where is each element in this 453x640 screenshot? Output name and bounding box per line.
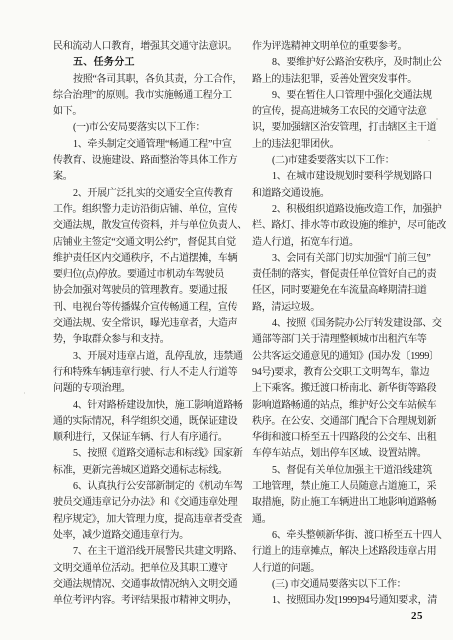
text-line: 8、要维护好公路治安秩序，及时制止公 [252,55,440,71]
text-line: 交通法规情况、交通事故情况纳入文明交通 [53,577,241,593]
text-line: (二)市建委要落实以下工作： [252,153,440,169]
text-line: 刊、电视台等传播媒介宣传畅通工程，宣传 [53,300,241,316]
page-number: 25 [411,610,423,622]
scan-speck [428,140,430,141]
text-line: 秩序。在公安、交通部门配合下合理规划新 [252,414,440,430]
scan-speck [436,118,438,120]
text-line: 5、按照《道路交通标志和标线》国家新 [53,446,241,462]
text-line: 处率，减少道路交通违章行为。 [53,528,241,544]
text-line: 路，清运垃圾。 [252,300,440,316]
text-line: 1、按照国办发[1999]94号通知要求，清 [252,593,440,609]
text-line: 标准，更新完善城区道路交通标志标线。 [53,463,241,479]
text-line: 上下乘客。搬迁渡口桥南北、新华街等路段 [252,381,440,397]
text-line: 通。 [252,512,440,528]
text-line: 任区，同时要避免在车流量高峰期清扫道 [252,283,440,299]
text-line: 6、认真执行公安部新制定的《机动车驾 [53,479,241,495]
text-line: 取措施，防止施工车辆进出工地影响道路畅 [252,495,440,511]
text-line: 案。 [53,169,241,185]
text-line: 影响道路畅通的站点，维护好公交车站候车 [252,398,440,414]
text-line: (一)市公安局要落实以下工作： [53,120,241,136]
text-line: 工地管理，禁止施工人员随意占道施工，采 [252,479,440,495]
text-line: 和道路交通设施。 [252,186,440,202]
text-line: 交通法规，散发宣传资料，并与单位负责人、 [53,218,241,234]
text-line: 要归位(点)停放。要通过市机动车驾驶员 [53,267,241,283]
scan-speck [24,392,25,394]
text-line: 2、开展广泛扎实的交通安全宣传教育 [53,186,241,202]
text-line: 责任制的落实，督促责任单位管好自己的责 [252,267,440,283]
text-line: 顺利进行，又保证车辆、行人有序通行。 [53,430,241,446]
text-line: 9、要在暂住人口管理中强化交通法规 [252,88,440,104]
text-line: 作为评选精神文明单位的重要参考。 [252,39,440,55]
right-column: 作为评选精神文明单位的重要参考。8、要维护好公路治安秩序，及时制止公路上的违法犯… [252,39,440,609]
text-line: 单位考评内容。考评结果报市精神文明办， [53,593,241,609]
text-columns: 民和流动人口教育，增强其交通守法意识。五、任务分工按照“各司其职，各负其责，分工… [53,39,440,609]
text-line: 车停车站点，划出停车区域、设置站牌。 [252,446,440,462]
left-column: 民和流动人口教育，增强其交通守法意识。五、任务分工按照“各司其职，各负其责，分工… [53,39,241,609]
text-line: 3、开展对违章占道，乱停乱放，违禁通 [53,349,241,365]
text-line: 驶员交通违章记分办法》和《交通违章处理 [53,495,241,511]
text-line: 路上的违法犯罪，妥善处置突发事件。 [252,72,440,88]
text-line: 1、牵头制定交通管理“畅通工程”中宣 [53,137,241,153]
text-line: 工作。组织警力走访沿街店铺、单位，宣传 [53,202,241,218]
text-line: 识，要加强辖区治安管理，打击辖区主干道 [252,120,440,136]
text-line: 问题的专项治理。 [53,381,241,397]
text-line: 栏、路灯、排水等市政设施的维护，尽可能改 [252,218,440,234]
text-line: 传教育、设施建设、路面整治等具体工作方 [53,153,241,169]
text-line: 4、针对路桥建设加快，施工影响道路畅 [53,398,241,414]
scanned-document-page: 民和流动人口教育，增强其交通守法意识。五、任务分工按照“各司其职，各负其责，分工… [0,0,453,640]
text-line: 程序规定》，加大管理力度，提高违章者受查 [53,512,241,528]
text-line: 3、会同有关部门切实加强“门前三包” [252,251,440,267]
text-line: 协会加强对驾驶员的管理教育。要通过报 [53,283,241,299]
text-line: 的宣传，提高进城务工农民的交通守法意 [252,104,440,120]
text-line: 交通法规、安全常识，曝光违章者，大造声 [53,316,241,332]
text-line: 1、在城市建设规划时要科学规划路口 [252,169,440,185]
text-line: 华街和渡口桥至五十四路段的公交车、出租 [252,430,440,446]
text-line: 人行道的问题。 [252,561,440,577]
text-line: 文明交通单位活动。把单位及其职工遵守 [53,561,241,577]
text-line: 势，争取群众参与和支持。 [53,332,241,348]
text-line: (三) 市交通局要落实以下工作： [252,577,440,593]
text-line: 6、牵头整顿新华街、渡口桥至五十四人 [252,528,440,544]
text-line: 维护责任区内交通秩序，不占道摆摊，车辆 [53,251,241,267]
text-line: 店铺业主签定“交通文明公约”，督促其自觉 [53,235,241,251]
text-line: 行道上的违章摊点，解决上述路段违章占用 [252,544,440,560]
text-line: 综合治理”的原则。我市实施畅通工程分工 [53,88,241,104]
text-line: 7、在主干道沿线开展警民共建文明路、 [53,544,241,560]
text-line: 民和流动人口教育，增强其交通守法意识。 [53,39,241,55]
text-line: 通的实际情况，科学组织交通，既保证建设 [53,414,241,430]
text-line: 通部等部门关于清理整顿城市出租汽车等 [252,332,440,348]
text-line: 公共客运交通意见的通知》(国办发〔1999〕 [252,349,440,365]
text-line: 造人行道，拓宽车行道。 [252,235,440,251]
text-line: 行和特殊车辆违章行驶、行人不走人行道等 [53,365,241,381]
text-line: 按照“各司其职，各负其责，分工合作， [53,72,241,88]
text-line: 2、积极组织道路设施改造工作，加强护 [252,202,440,218]
text-line: 上的违法犯罪团伙。 [252,137,440,153]
text-line: 94号)要求，教育公交职工文明驾车，靠边 [252,365,440,381]
text-line: 4、按照《国务院办公厅转发建设部、交 [252,316,440,332]
text-line: 5、督促有关单位加强主干道沿线建筑 [252,463,440,479]
text-line: 五、任务分工 [53,55,241,71]
text-line: 如下。 [53,104,241,120]
